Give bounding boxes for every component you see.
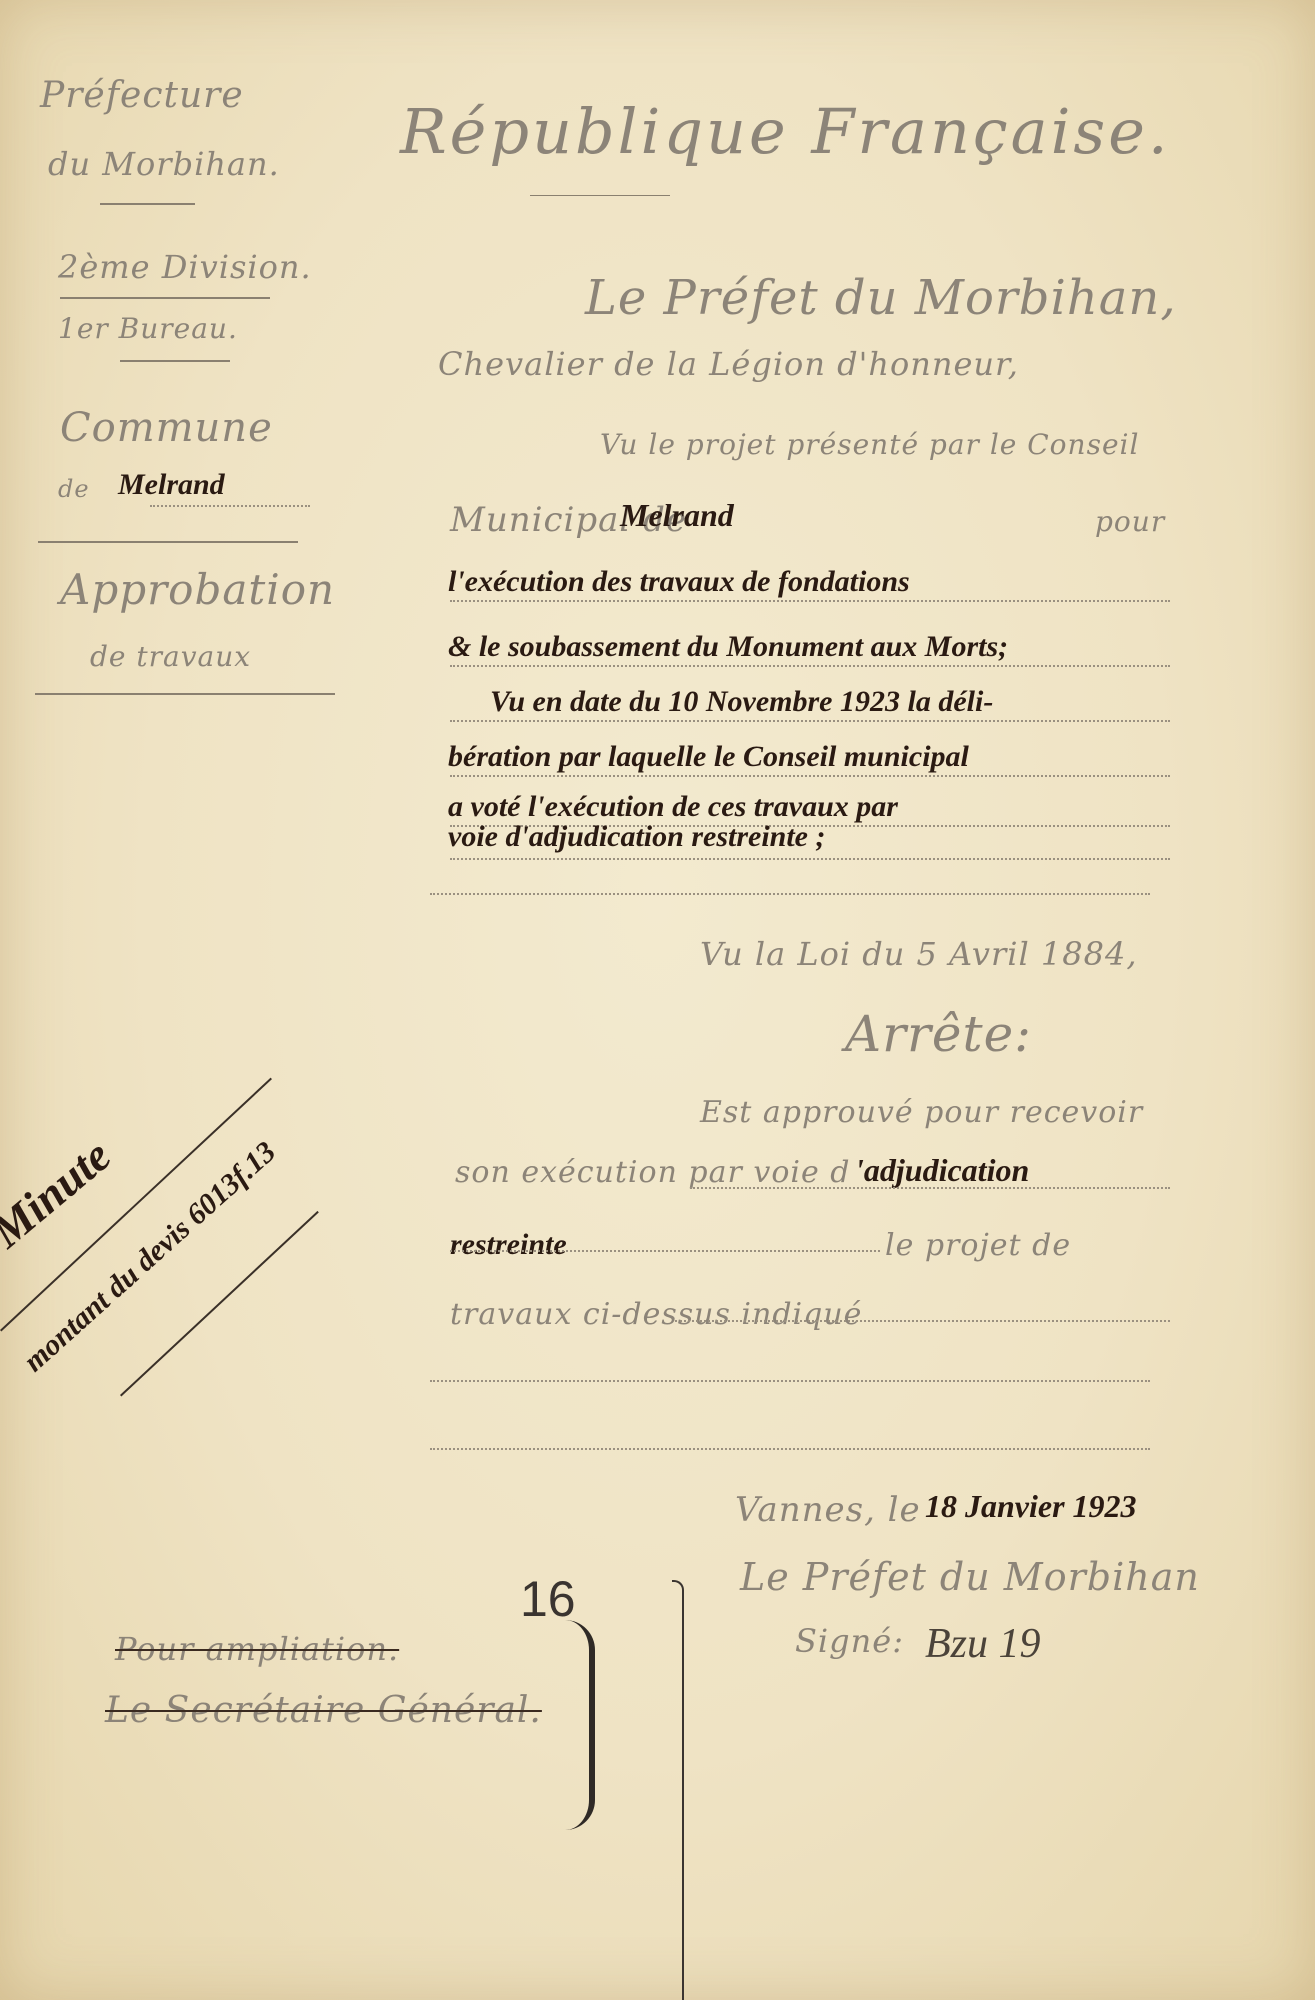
divider [100, 203, 195, 205]
dotted-line [430, 1448, 1150, 1450]
handwritten-line: a voté l'exécution de ces travaux par [448, 790, 898, 824]
divider [38, 541, 298, 543]
republique-heading: République Française. [400, 95, 1171, 168]
signature-date: 18 Janvier 1923 [925, 1488, 1137, 1525]
dotted-line [450, 775, 1170, 777]
dotted-line [450, 858, 1170, 860]
execution-text: son exécution par voie d [455, 1155, 851, 1190]
municipal-name: Melrand [620, 497, 734, 534]
department-label: du Morbihan. [48, 145, 280, 183]
document-page: Préfecture du Morbihan. 2ème Division. 1… [0, 0, 1315, 2000]
divider [530, 195, 670, 196]
signature: Bzu 19 [925, 1620, 1041, 1668]
travaux-indique-text: travaux ci-dessus indiqué [450, 1297, 862, 1332]
restreinte-handwritten: restreinte [450, 1228, 567, 1262]
prefecture-label: Préfecture [40, 75, 244, 116]
divider [60, 297, 270, 299]
dotted-line [450, 720, 1170, 722]
handwritten-line: voie d'adjudication restreinte ; [448, 820, 825, 854]
projet-text: le projet de [885, 1228, 1071, 1263]
commune-de-label: de [58, 475, 90, 503]
prefet-heading: Le Préfet du Morbihan, [585, 270, 1177, 326]
divider [120, 360, 230, 362]
vannes-label: Vannes, le [735, 1490, 921, 1530]
signe-label: Signé: [795, 1622, 904, 1660]
commune-name: Melrand [118, 468, 225, 502]
division-label: 2ème Division. [58, 248, 312, 286]
subject-subtitle: de travaux [90, 640, 251, 673]
est-approuve-text: Est approuvé pour recevoir [700, 1095, 1143, 1130]
ampliation-label: Pour ampliation. [115, 1630, 399, 1668]
vu-projet-text: Vu le projet présenté par le Conseil [600, 428, 1139, 461]
prefet-signature-label: Le Préfet du Morbihan [740, 1555, 1200, 1599]
divider [35, 693, 335, 695]
commune-label: Commune [60, 405, 273, 451]
handwritten-line: l'exécution des travaux de fondations [448, 565, 910, 599]
bracket-mark [565, 1620, 595, 1830]
dotted-line [675, 1320, 1170, 1322]
handwritten-line: Vu en date du 10 Novembre 1923 la déli- [490, 685, 993, 719]
dotted-line [450, 665, 1170, 667]
dotted-line [150, 505, 310, 507]
handwritten-line: & le soubassement du Monument aux Morts; [448, 630, 1008, 664]
secretaire-label: Le Secrétaire Général. [105, 1690, 542, 1731]
minute-annotation: Minute [0, 1129, 121, 1258]
dotted-line [450, 600, 1170, 602]
adjudication-handwritten: 'adjudication [855, 1152, 1029, 1189]
bracket-mark [672, 1580, 684, 2000]
handwritten-line: bération par laquelle le Conseil municip… [448, 740, 969, 774]
dotted-line [690, 1187, 1170, 1189]
pour-text: pour [1095, 505, 1165, 538]
dotted-line [430, 1380, 1150, 1382]
subject-title: Approbation [60, 565, 335, 614]
dotted-line [450, 1250, 880, 1252]
dotted-line [430, 893, 1150, 895]
bureau-label: 1er Bureau. [58, 312, 238, 345]
arrete-heading: Arrête: [845, 1005, 1032, 1063]
vu-loi-text: Vu la Loi du 5 Avril 1884, [700, 935, 1137, 973]
chevalier-title: Chevalier de la Légion d'honneur, [438, 345, 1019, 383]
